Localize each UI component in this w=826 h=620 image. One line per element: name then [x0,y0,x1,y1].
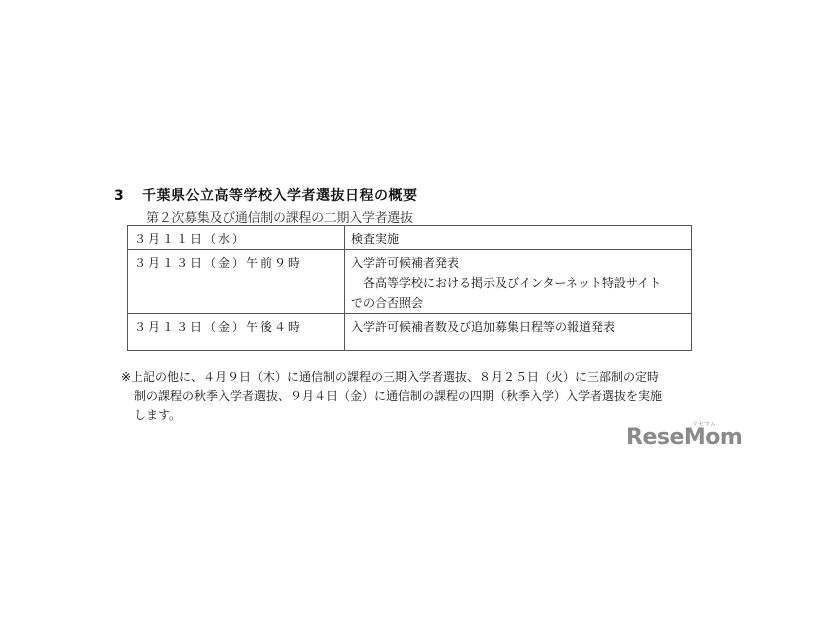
logo-ruby: リセマム [692,419,716,428]
schedule-content: 検査実施 [345,226,692,250]
table-row: ３月１１日（水） 検査実施 [128,226,692,250]
section-heading: 3千葉県公立高等学校入学者選抜日程の概要 [114,185,418,205]
schedule-content-line: 入学許可候補者数及び追加募集日程等の報道発表 [351,320,615,334]
schedule-date: ３月１３日（金）午前９時 [128,250,345,314]
logo-text: ReseMom [626,425,742,450]
footnote-line: します。 [121,406,721,425]
footnote: ※上記の他に、４月９日（木）に通信制の課程の三期入学者選抜、８月２５日（火）に三… [121,368,721,425]
section-title: 千葉県公立高等学校入学者選抜日程の概要 [142,188,418,204]
schedule-content-line: 各高等学校における掲示及びインターネット特設サイト [351,273,685,293]
schedule-content: 入学許可候補者発表 各高等学校における掲示及びインターネット特設サイト での合否… [345,250,692,314]
schedule-content-line: 入学許可候補者発表 [351,253,685,273]
footnote-line: ※上記の他に、４月９日（木）に通信制の課程の三期入学者選抜、８月２５日（火）に三… [121,368,721,387]
table-row: ３月１３日（金）午後４時 入学許可候補者数及び追加募集日程等の報道発表 [128,314,692,351]
resemom-logo: ReseMom リセマム [626,425,742,450]
table-row: ３月１３日（金）午前９時 入学許可候補者発表 各高等学校における掲示及びインター… [128,250,692,314]
footnote-line: 制の課程の秋季入学者選抜、９月４日（金）に通信制の課程の四期（秋季入学）入学者選… [121,387,721,406]
schedule-table: ３月１１日（水） 検査実施 ３月１３日（金）午前９時 入学許可候補者発表 各高等… [127,225,692,351]
schedule-content-line: での合否照会 [351,293,685,313]
schedule-date: ３月１３日（金）午後４時 [128,314,345,351]
schedule-date: ３月１１日（水） [128,226,345,250]
schedule-content-line: 検査実施 [351,232,399,246]
schedule-content: 入学許可候補者数及び追加募集日程等の報道発表 [345,314,692,351]
section-subheading: 第２次募集及び通信制の課程の二期入学者選抜 [146,207,413,226]
section-number: 3 [114,188,142,204]
